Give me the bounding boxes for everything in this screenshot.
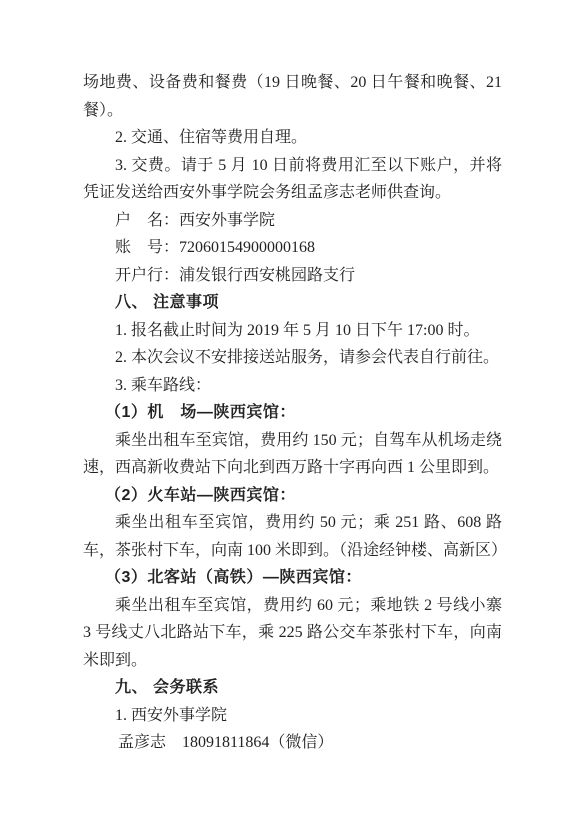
text-line: 3. 交费。请于 5 月 10 日前将费用汇至以下账户，并将汇款 [83,152,502,180]
heading-line: （3）北客站（高铁）—陕西宾馆： [83,564,502,592]
text-line: 3 号线丈八北路站下车，乘 225 路公交车茶张村下车，向南 100 [83,619,502,647]
text-line: 乘坐出租车至宾馆，费用约 50 元；乘 251 路、608 路公交 [83,509,502,537]
document-page: 场地费、设备费和餐费（19 日晚餐、20 日午餐和晚餐、21 日午餐）。2. 交… [0,0,585,835]
text-line: 乘坐出租车至宾馆，费用约 150 元；自驾车从机场走绕城高 [83,427,502,455]
text-line: 开户行：浦发银行西安桃园路支行 [83,262,502,290]
heading-line: 九、 会务联系 [83,674,502,702]
text-line: 账 号：72060154900000168 [83,234,502,262]
text-line: 场地费、设备费和餐费（19 日晚餐、20 日午餐和晚餐、21 日午 [83,69,502,97]
text-line: 3. 乘车路线： [83,372,502,400]
text-line: 2. 交通、住宿等费用自理。 [83,124,502,152]
text-line: 速，西高新收费站下向北到西万路十字再向西 1 公里即到。 [83,454,502,482]
heading-line: （2）火车站—陕西宾馆： [83,482,502,510]
heading-line: 八、 注意事项 [83,289,502,317]
text-line: 米即到。 [83,647,502,675]
text-line: 餐）。 [83,97,502,125]
text-line: 1. 西安外事学院 [83,702,502,730]
text-line: 乘坐出租车至宾馆，费用约 60 元；乘地铁 2 号线小寨站倒 [83,592,502,620]
document-content: 场地费、设备费和餐费（19 日晚餐、20 日午餐和晚餐、21 日午餐）。2. 交… [83,69,502,757]
text-line: 孟彦志 18091811864（微信） [83,729,502,757]
text-line: 凭证发送给西安外事学院会务组孟彦志老师供查询。 [83,179,502,207]
text-line: 2. 本次会议不安排接送站服务，请参会代表自行前往。 [83,344,502,372]
text-line: 1. 报名截止时间为 2019 年 5 月 10 日下午 17:00 时。 [83,317,502,345]
text-line: 车，茶张村下车，向南 100 米即到。（沿途经钟楼、高新区） [83,537,502,565]
text-line: 户 名：西安外事学院 [83,207,502,235]
heading-line: （1）机 场—陕西宾馆： [83,399,502,427]
